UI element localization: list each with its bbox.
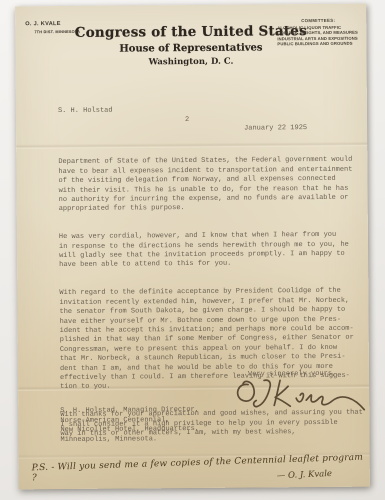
recipient-address-block: S. H. Holstad, Managing Director, Norse-… bbox=[60, 406, 199, 445]
body-paragraph: Department of State of the United States… bbox=[58, 156, 366, 215]
page-header-row: S. H. Holstad 2 January 22 1925 bbox=[16, 96, 367, 111]
handwritten-signature bbox=[230, 370, 372, 417]
page-header-addressee: S. H. Holstad bbox=[58, 107, 113, 117]
letterhead-committees-block: COMMITTEES: ALCOHOLIC LIQUOR TRAFFIC COI… bbox=[277, 18, 359, 48]
committees-heading: COMMITTEES: bbox=[277, 18, 359, 24]
scanned-letter-background: O. J. KVALE 7TH DIST. MINNESOTA Congress… bbox=[0, 0, 385, 500]
committee-item: PUBLIC BUILDINGS AND GROUNDS bbox=[277, 41, 359, 47]
org-city: Washington, D. C. bbox=[16, 56, 367, 69]
page-number: 2 bbox=[185, 116, 189, 125]
body-paragraph: He was very cordial, however, and I know… bbox=[59, 231, 367, 271]
letter-date: January 22 1925 bbox=[244, 124, 307, 134]
postscript-signoff: — O. J. Kvale bbox=[277, 469, 333, 481]
letter-page: O. J. KVALE 7TH DIST. MINNESOTA Congress… bbox=[15, 4, 370, 490]
